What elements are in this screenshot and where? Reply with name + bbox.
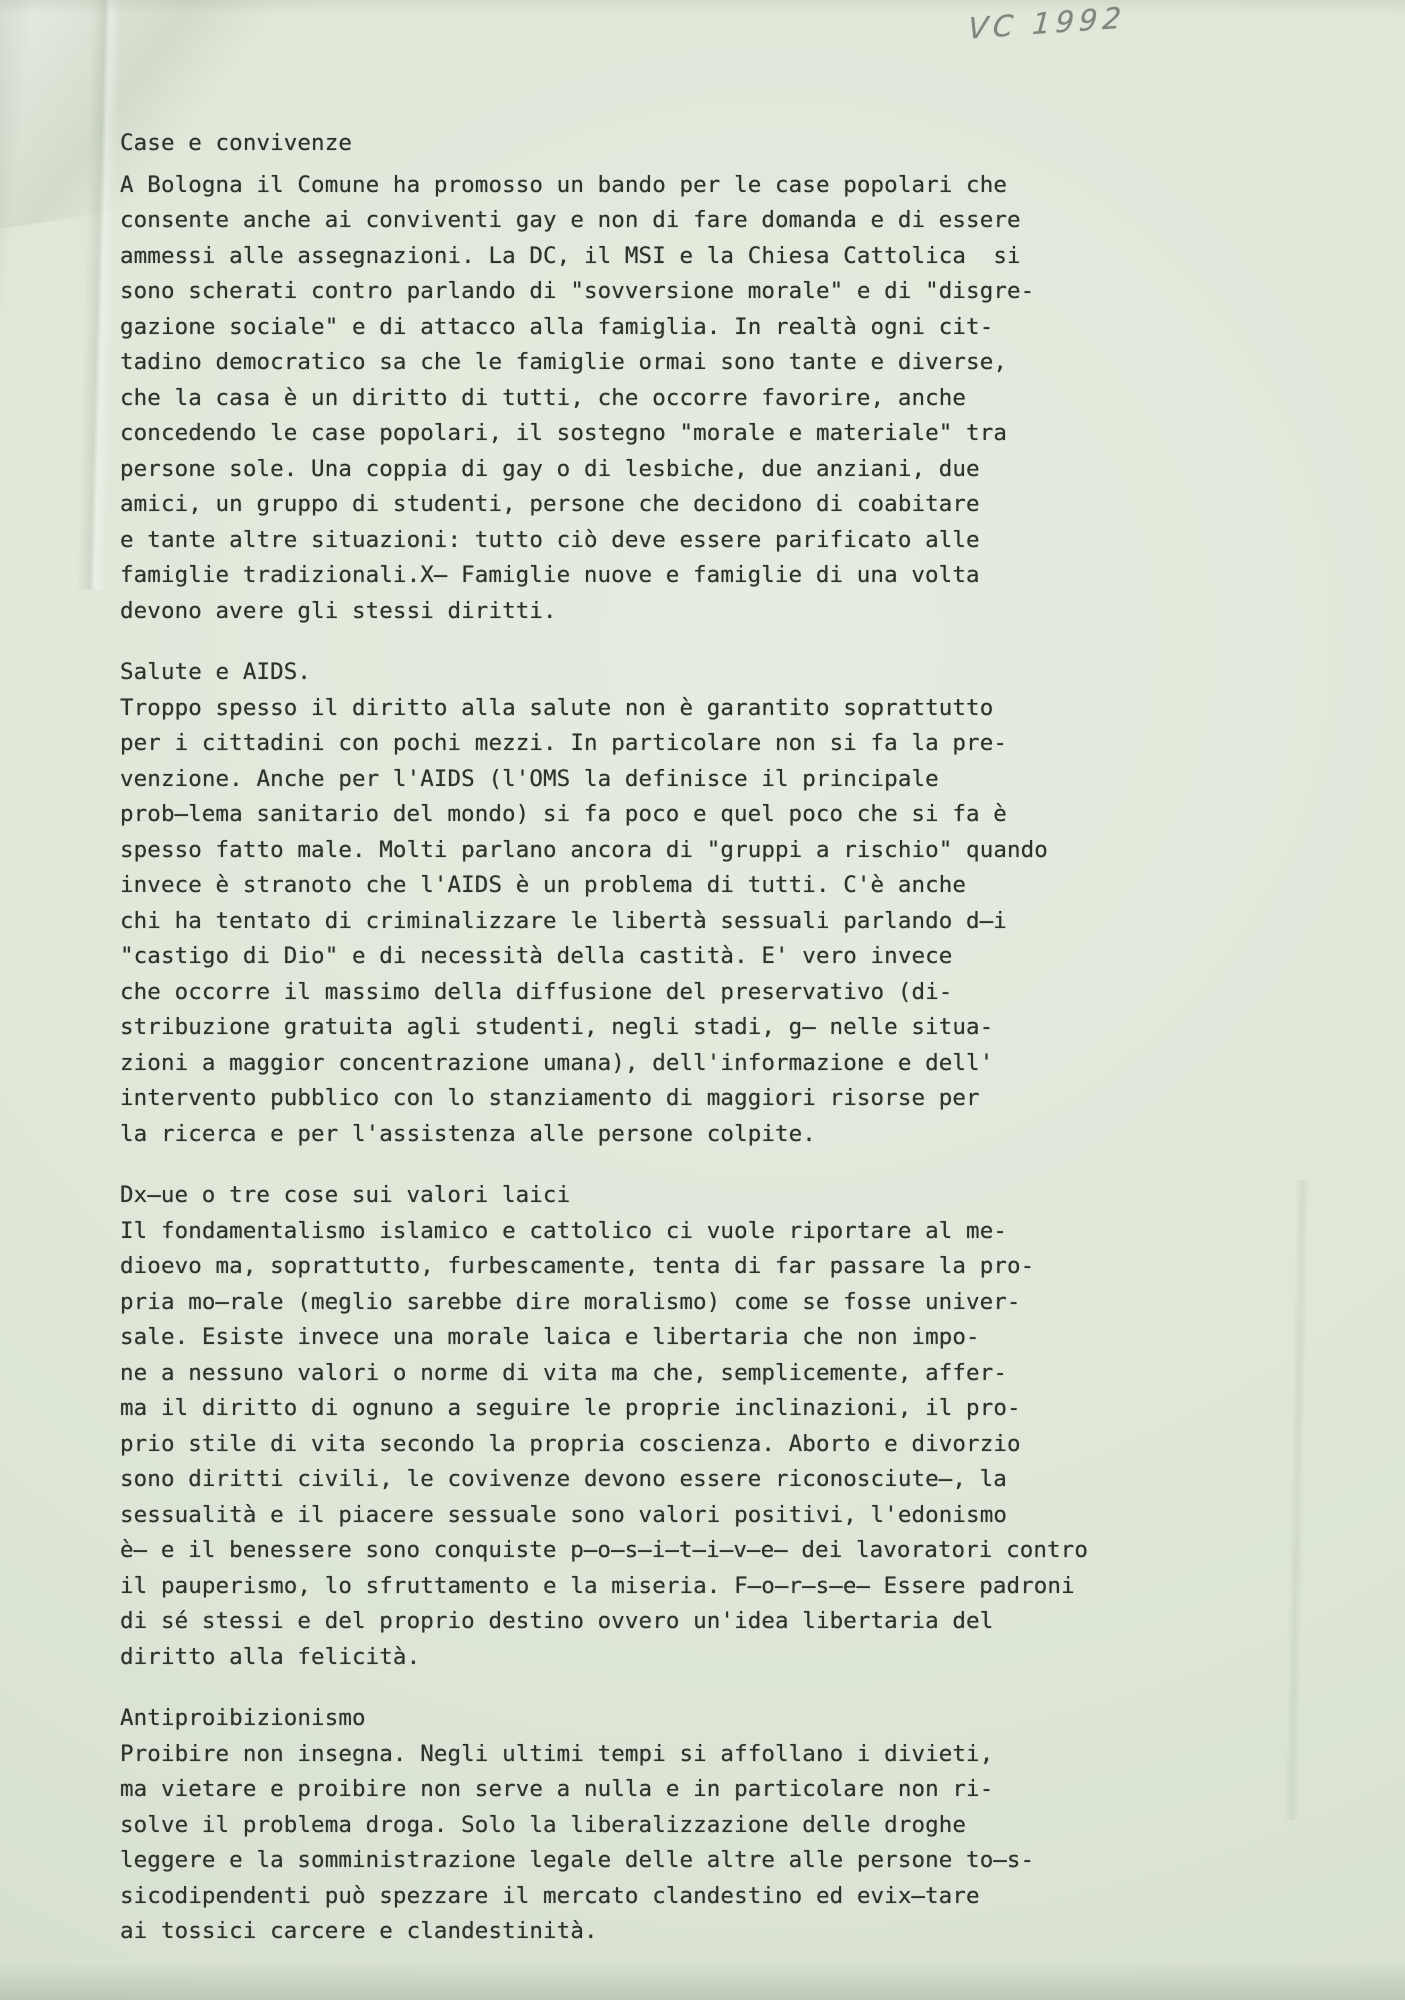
scan-shadow-top (0, 0, 1405, 14)
section-body: A Bologna il Comune ha promosso un bando… (120, 168, 1330, 630)
scanned-paper-page: VC 1992 Case e convivenze A Bologna il C… (0, 0, 1405, 2000)
section-body: Il fondamentalismo islamico e cattolico … (120, 1214, 1330, 1676)
section-heading: Case e convivenze (120, 126, 1330, 162)
section-valori-laici: Dx̶ue o tre cose sui valori laici Il fon… (120, 1178, 1330, 1675)
section-antiproibizionismo: Antiproibizionismo Proibire non insegna.… (120, 1701, 1330, 1950)
section-body: Troppo spesso il diritto alla salute non… (120, 691, 1330, 1153)
typewritten-text: Case e convivenze A Bologna il Comune ha… (120, 126, 1330, 1976)
section-heading: Antiproibizionismo (120, 1701, 1330, 1737)
section-heading: Dx̶ue o tre cose sui valori laici (120, 1178, 1330, 1214)
section-salute-e-aids: Salute e AIDS. Troppo spesso il diritto … (120, 655, 1330, 1152)
section-heading: Salute e AIDS. (120, 655, 1330, 691)
section-case-e-convivenze: Case e convivenze A Bologna il Comune ha… (120, 126, 1330, 629)
section-body: Proibire non insegna. Negli ultimi tempi… (120, 1737, 1330, 1950)
